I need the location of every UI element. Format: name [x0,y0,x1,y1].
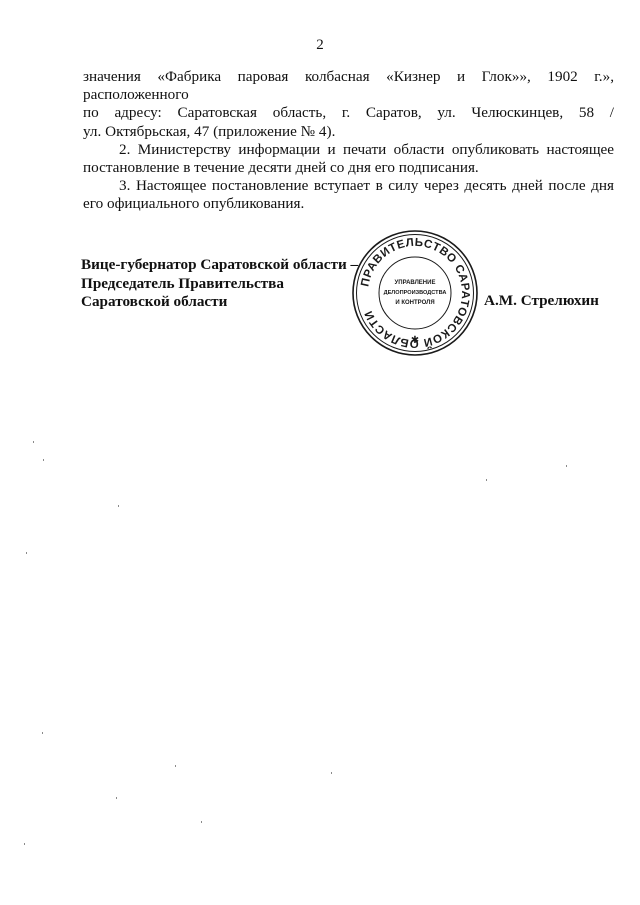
paragraph-3: 3. Настоящее постановление вступает в си… [83,177,614,213]
scan-speck [116,797,117,799]
signatory-title-line-2: Председатель Правительства [81,275,358,294]
paragraph-1-line-2: по адресу: Саратовская область, г. Сарат… [83,104,614,122]
official-stamp: ПРАВИТЕЛЬСТВО САРАТОВСКОЙ ОБЛАСТИ УПРАВЛ… [350,228,480,358]
signatory-title: Вице-губернатор Саратовской области – Пр… [81,256,358,312]
paragraph-1-line-1: значения «Фабрика паровая колбасная «Киз… [83,68,614,104]
paragraph-1-continuation: значения «Фабрика паровая колбасная «Киз… [83,68,614,141]
signatory-title-line-1: Вице-губернатор Саратовской области – [81,256,358,275]
stamp-center-line-3: И КОНТРОЛЯ [395,300,434,306]
scan-speck [33,441,34,443]
signatory-title-line-3: Саратовской области [81,293,358,312]
scan-speck [566,465,567,467]
scan-speck [43,459,44,461]
scan-speck [118,505,119,507]
stamp-center-line-2: ДЕЛОПРОИЗВОДСТВА [384,290,447,296]
scan-speck [42,732,43,734]
paragraph-2: 2. Министерству информации и печати обла… [83,141,614,177]
scan-speck [331,772,332,774]
page-number: 2 [0,36,640,54]
paragraph-1-line-3: ул. Октябрьская, 47 (приложение № 4). [83,123,614,141]
scan-speck [201,821,202,823]
scan-speck [175,765,176,767]
document-body: значения «Фабрика паровая колбасная «Киз… [83,68,614,214]
scan-speck [24,843,25,845]
stamp-center-line-1: УПРАВЛЕНИЕ [395,280,436,286]
scan-speck [486,479,487,481]
signatory-name: А.М. Стрелюхин [484,292,599,310]
stamp-star-icon: ✱ [411,335,419,346]
scan-speck [26,552,27,554]
stamp-seal-icon: ПРАВИТЕЛЬСТВО САРАТОВСКОЙ ОБЛАСТИ УПРАВЛ… [350,228,480,358]
